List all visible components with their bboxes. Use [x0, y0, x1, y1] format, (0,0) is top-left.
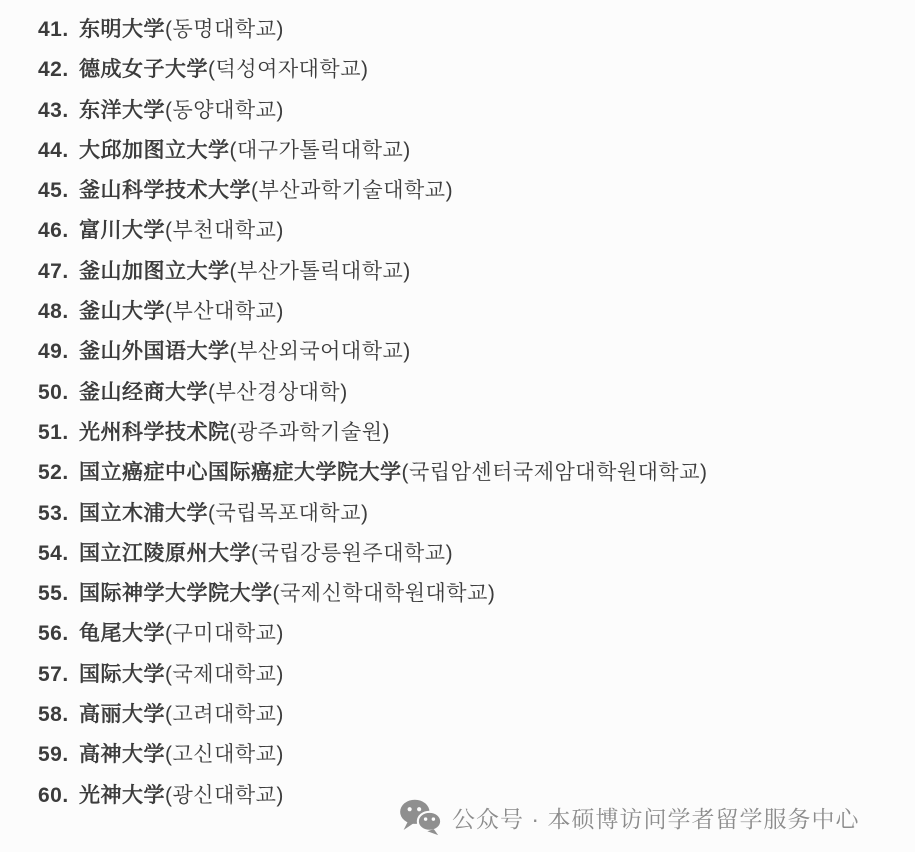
- university-name-korean: (고려대학교): [165, 695, 284, 735]
- list-item: 43.东洋大学(동양대학교): [38, 91, 915, 131]
- list-item: 57.国际大学(국제대학교): [38, 655, 915, 695]
- university-name-korean: (국제신학대학원대학교): [273, 574, 496, 614]
- list-item: 42.德成女子大学(덕성여자대학교): [38, 50, 915, 90]
- university-name-korean: (구미대학교): [165, 614, 284, 654]
- university-name-korean: (국제대학교): [165, 655, 284, 695]
- list-item: 52.国立癌症中心国际癌症大学院大学(국립암센터국제암대학원대학교): [38, 453, 915, 493]
- item-number: 54.: [38, 534, 79, 574]
- university-name-chinese: 国际大学: [79, 655, 165, 695]
- list-item: 45.釜山科学技术大学(부산과학기술대학교): [38, 171, 915, 211]
- list-item: 53.国立木浦大学(국립목포대학교): [38, 494, 915, 534]
- university-name-chinese: 国立江陵原州大学: [79, 534, 251, 574]
- item-number: 53.: [38, 494, 79, 534]
- university-name-korean: (동양대학교): [165, 91, 284, 131]
- university-name-korean: (동명대학교): [165, 10, 284, 50]
- list-item: 59.高神大学(고신대학교): [38, 735, 915, 775]
- university-name-chinese: 光州科学技术院: [79, 413, 230, 453]
- university-name-korean: (부산대학교): [165, 292, 284, 332]
- university-name-chinese: 国立木浦大学: [79, 494, 208, 534]
- university-name-chinese: 富川大学: [79, 211, 165, 251]
- item-number: 43.: [38, 91, 79, 131]
- university-name-korean: (부천대학교): [165, 211, 284, 251]
- university-name-korean: (부산경상대학): [208, 373, 348, 413]
- watermark: 公众号 · 本硕博访问学者留学服务中心: [398, 795, 859, 839]
- university-name-korean: (고신대학교): [165, 735, 284, 775]
- item-number: 45.: [38, 171, 79, 211]
- university-name-korean: (대구가톨릭대학교): [230, 131, 411, 171]
- item-number: 41.: [38, 10, 79, 50]
- list-item: 54.国立江陵原州大学(국립강릉원주대학교): [38, 534, 915, 574]
- item-number: 48.: [38, 292, 79, 332]
- watermark-label: 公众号 · 本硕博访问学者留学服务中心: [452, 801, 859, 834]
- item-number: 42.: [38, 50, 79, 90]
- list-item: 49.釜山外国语大学(부산외국어대학교): [38, 332, 915, 372]
- university-name-chinese: 釜山科学技术大学: [79, 171, 251, 211]
- list-item: 41.东明大学(동명대학교): [38, 10, 915, 50]
- university-name-chinese: 德成女子大学: [79, 50, 208, 90]
- university-name-korean: (덕성여자대학교): [208, 50, 369, 90]
- item-number: 46.: [38, 211, 79, 251]
- university-name-chinese: 国立癌症中心国际癌症大学院大学: [79, 453, 402, 493]
- item-number: 58.: [38, 695, 79, 735]
- university-name-korean: (부산외국어대학교): [230, 332, 411, 372]
- item-number: 47.: [38, 252, 79, 292]
- university-name-chinese: 釜山外国语大学: [79, 332, 230, 372]
- item-number: 55.: [38, 574, 79, 614]
- list-item: 51.光州科学技术院(광주과학기술원): [38, 413, 915, 453]
- university-name-chinese: 东明大学: [79, 10, 165, 50]
- list-item: 48.釜山大学(부산대학교): [38, 292, 915, 332]
- list-item: 46.富川大学(부천대학교): [38, 211, 915, 251]
- university-name-chinese: 高丽大学: [79, 695, 165, 735]
- list-item: 50.釜山经商大学(부산경상대학): [38, 373, 915, 413]
- item-number: 51.: [38, 413, 79, 453]
- university-name-chinese: 高神大学: [79, 735, 165, 775]
- university-name-korean: (부산가톨릭대학교): [230, 252, 411, 292]
- university-name-chinese: 釜山加图立大学: [79, 252, 230, 292]
- university-name-korean: (광신대학교): [165, 776, 284, 816]
- list-item: 47.釜山加图立大学(부산가톨릭대학교): [38, 252, 915, 292]
- university-name-korean: (국립암센터국제암대학원대학교): [402, 453, 708, 493]
- university-name-korean: (국립목포대학교): [208, 494, 369, 534]
- list-item: 55.国际神学大学院大学(국제신학대학원대학교): [38, 574, 915, 614]
- university-name-chinese: 釜山经商大学: [79, 373, 208, 413]
- university-name-chinese: 釜山大学: [79, 292, 165, 332]
- university-name-chinese: 大邱加图立大学: [79, 131, 230, 171]
- university-name-korean: (부산과학기술대학교): [251, 171, 453, 211]
- item-number: 60.: [38, 776, 79, 816]
- wechat-icon: [398, 798, 442, 836]
- item-number: 57.: [38, 655, 79, 695]
- page: 41.东明大学(동명대학교)42.德成女子大学(덕성여자대학교)43.东洋大学(…: [0, 0, 915, 852]
- item-number: 59.: [38, 735, 79, 775]
- university-name-chinese: 东洋大学: [79, 91, 165, 131]
- university-list: 41.东明大学(동명대학교)42.德成女子大学(덕성여자대학교)43.东洋大学(…: [0, 0, 915, 816]
- list-item: 56.龟尾大学(구미대학교): [38, 614, 915, 654]
- item-number: 50.: [38, 373, 79, 413]
- list-item: 44.大邱加图立大学(대구가톨릭대학교): [38, 131, 915, 171]
- list-item: 58.高丽大学(고려대학교): [38, 695, 915, 735]
- item-number: 52.: [38, 453, 79, 493]
- item-number: 49.: [38, 332, 79, 372]
- university-name-chinese: 国际神学大学院大学: [79, 574, 273, 614]
- item-number: 44.: [38, 131, 79, 171]
- university-name-korean: (국립강릉원주대학교): [251, 534, 453, 574]
- university-name-chinese: 龟尾大学: [79, 614, 165, 654]
- university-name-korean: (광주과학기술원): [230, 413, 391, 453]
- university-name-chinese: 光神大学: [79, 776, 165, 816]
- item-number: 56.: [38, 614, 79, 654]
